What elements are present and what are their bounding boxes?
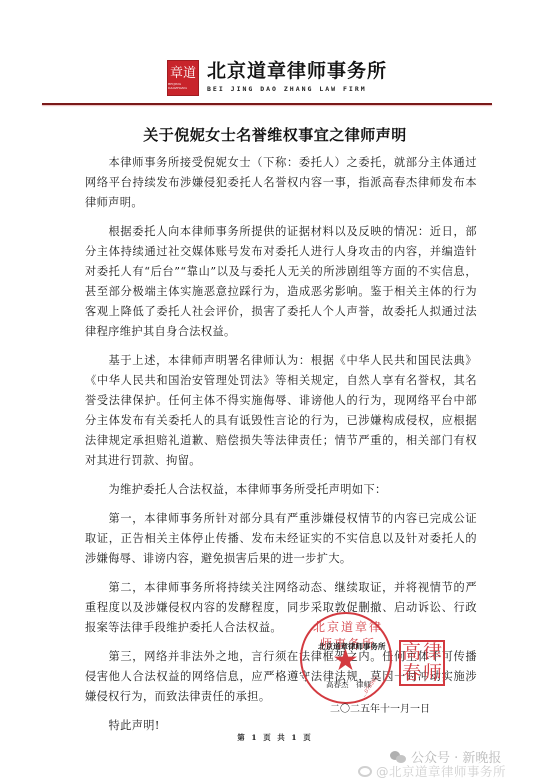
page-number: 第 1 页 共 1 页 (0, 732, 550, 743)
signature-lawyer: 高春杰 律师 (326, 679, 371, 690)
paragraph-point-one: 第一，本律师事务所针对部分具有严重涉嫌侵权情节的内容已完成公证取证，正告相关主体… (85, 509, 477, 569)
weibo-icon (358, 766, 372, 777)
round-seal-icon: 北京道章律师事务所 ★ …078503 (300, 612, 392, 704)
seal-char: 春 (401, 663, 422, 684)
signature-firm: 北京道章律师事务所 (318, 641, 386, 652)
paragraph-facts: 根据委托人向本律师事务所提供的证据材料以及反映的情况：近日，部分主体持续通过社交… (85, 222, 477, 342)
logo-glyph: 章 (170, 67, 183, 80)
seal-char: 高 (401, 642, 422, 663)
firm-name-block: 北京道章律师事务所 BEI JING DAO ZHANG LAW FIRM (207, 60, 387, 93)
wechat-icon (390, 751, 406, 763)
paragraph-declaration-lead: 为维护委托人合法权益，本律师事务所受托声明如下： (85, 480, 477, 500)
signature-date: 二〇二五年十一月一日 (330, 700, 430, 715)
lawyer-square-seal-icon: 高 律 春 师 (399, 640, 445, 686)
document-title: 关于倪妮女士名誉维权事宜之律师声明 (0, 124, 550, 145)
firm-name-en: BEI JING DAO ZHANG LAW FIRM (207, 85, 387, 93)
logo-subtext: BEIJING DAOZHANG (168, 82, 198, 90)
seal-char: 师 (422, 663, 443, 684)
firm-name-cn: 北京道章律师事务所 (207, 60, 387, 82)
paragraph-intro: 本律师事务所接受倪妮女士（下称：委托人）之委托，就部分主体通过网络平台持续发布涉… (85, 153, 477, 213)
header-divider (42, 103, 492, 105)
weibo-watermark-text: @北京道章律师事务所 (376, 762, 506, 780)
firm-seal-logo-icon: 章 道 BEIJING DAOZHANG (167, 60, 199, 96)
seal-char: 律 (422, 642, 443, 663)
weibo-watermark: @北京道章律师事务所 (358, 762, 506, 780)
paragraph-legal-basis: 基于上述，本律师声明署名律师认为：根据《中华人民共和国民法典》《中华人民共和国治… (85, 351, 477, 471)
firm-logo: 章 道 BEIJING DAOZHANG 北京道章律师事务所 BEI JING … (167, 60, 387, 96)
logo-glyph: 道 (183, 67, 196, 80)
